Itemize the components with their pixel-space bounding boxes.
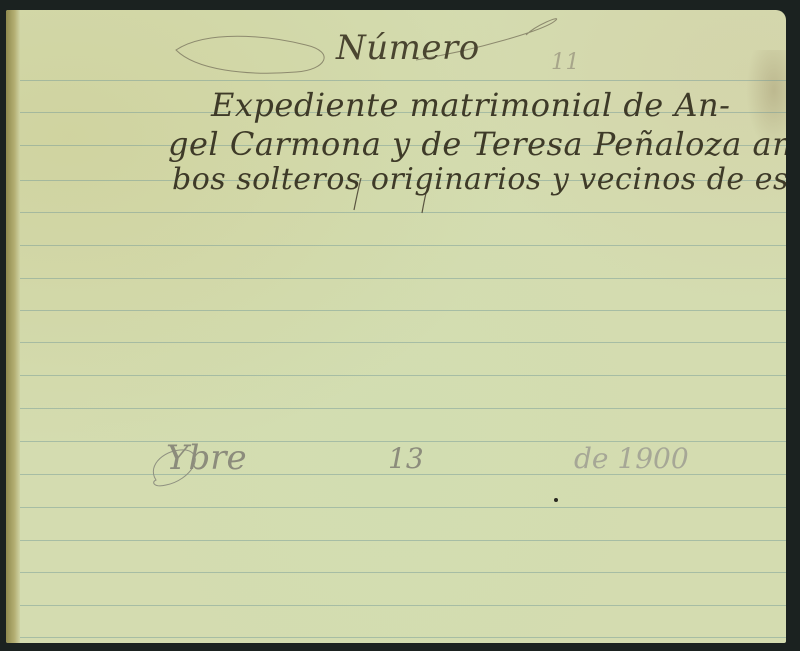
body-line-2: gel Carmona y de Teresa Peñaloza am- xyxy=(168,125,786,163)
ink-dot xyxy=(554,498,558,502)
heading-number: 11 xyxy=(551,50,580,75)
rule-line xyxy=(20,212,786,213)
rule-line xyxy=(20,375,786,376)
rule-line xyxy=(20,637,786,638)
rule-line xyxy=(20,278,786,279)
body-line-3: bos solteros originarios y vecinos de es… xyxy=(172,162,786,197)
binding-edge xyxy=(6,10,20,643)
rule-line xyxy=(20,80,786,81)
rule-line xyxy=(20,342,786,343)
body-line-1: Expediente matrimonial de An- xyxy=(211,86,730,124)
rule-line xyxy=(20,408,786,409)
rule-line xyxy=(20,540,786,541)
document-page: Número 11 Expediente matrimonial de An- … xyxy=(6,10,786,643)
date-day: 13 xyxy=(388,442,424,475)
rule-line xyxy=(20,245,786,246)
rule-line xyxy=(20,507,786,508)
rule-line xyxy=(20,572,786,573)
heading-numero: Número xyxy=(336,28,480,68)
rule-line xyxy=(20,310,786,311)
date-year: de 1900 xyxy=(574,442,689,475)
rule-line xyxy=(20,605,786,606)
date-month: Ybre xyxy=(166,438,247,478)
